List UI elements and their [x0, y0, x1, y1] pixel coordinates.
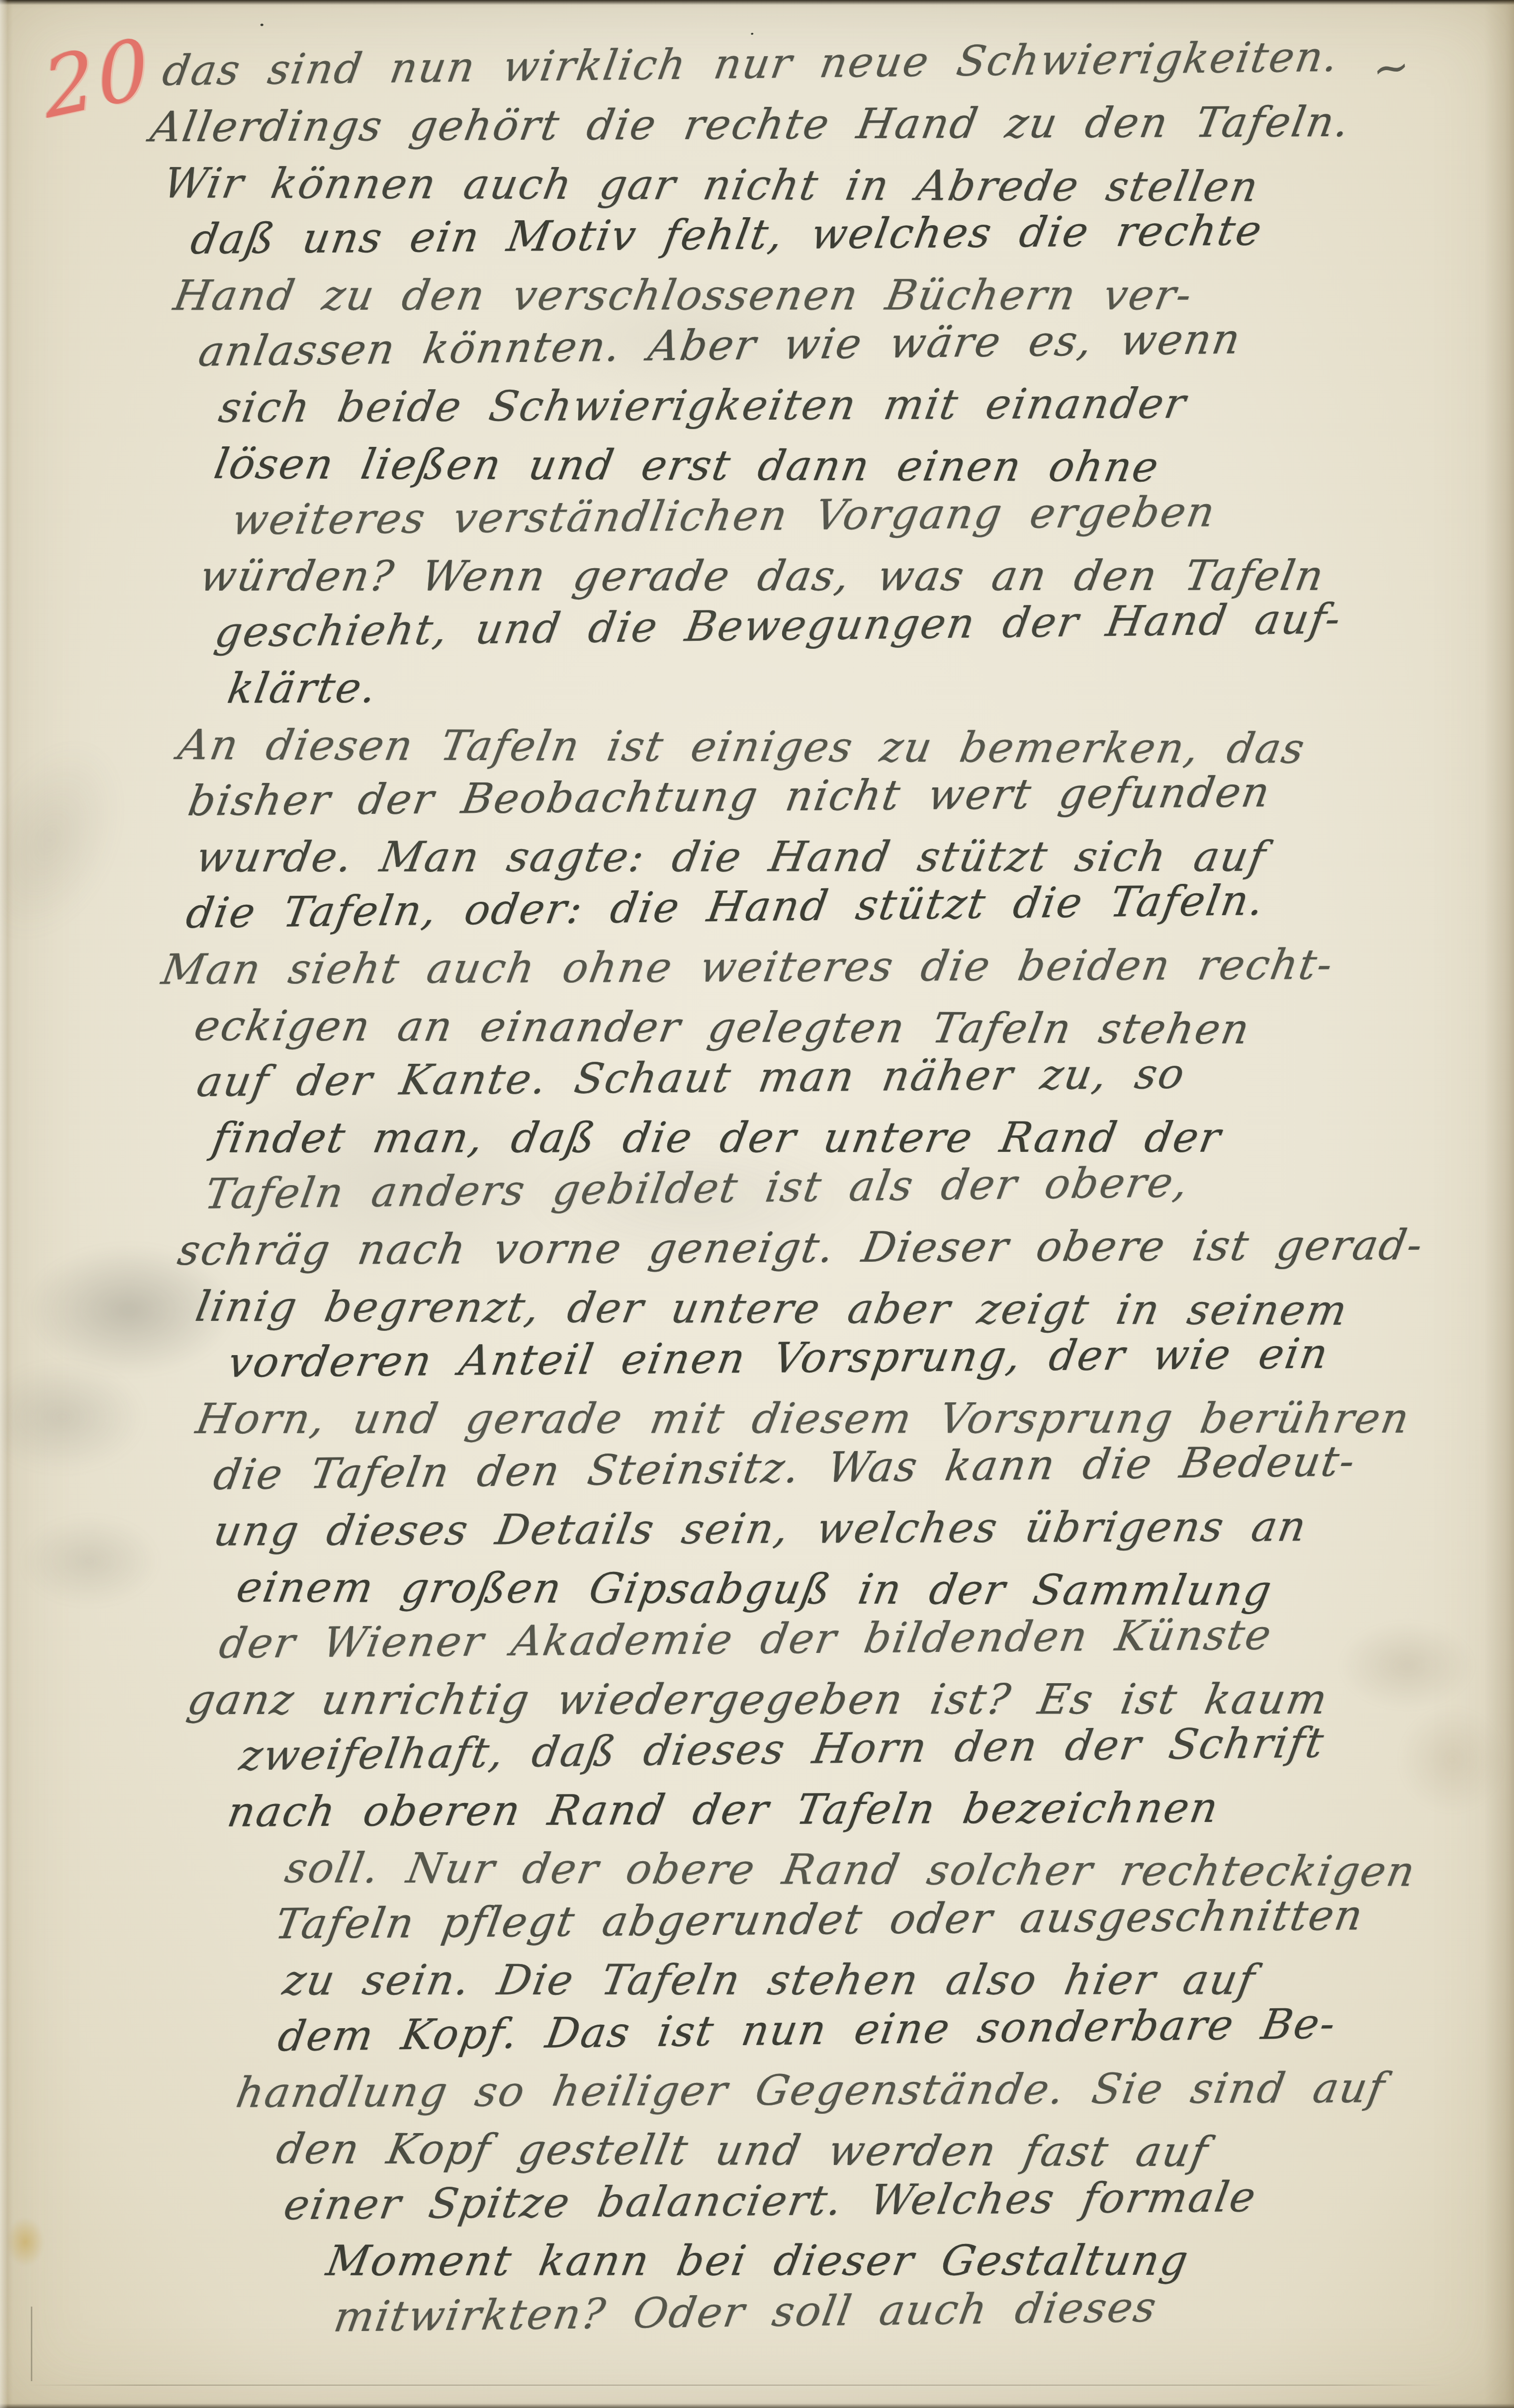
manuscript-line: den Kopf gestellt und werden fast auf — [272, 2119, 1514, 2180]
manuscript-line-text: mitwirkten? Oder soll auch dieses — [331, 2283, 1161, 2341]
manuscript-page: 20 das sind nun wirklich nur neue Schwie… — [0, 0, 1514, 2408]
manuscript-line: Tafeln pflegt abgerundet oder ausgeschni… — [271, 1894, 1514, 1956]
manuscript-line: schräg nach vorne geneigt. Dieser obere … — [174, 1220, 1514, 1282]
manuscript-line: Hand zu den verschlossenen Büchern ver- — [170, 265, 1510, 327]
manuscript-line: einer Spitze balanciert. Welches formale — [280, 2175, 1514, 2236]
manuscript-line-text: findet man, daß die der untere Rand der — [209, 1113, 1226, 1162]
manuscript-line: Moment kann bei dieser Gestaltung — [323, 2231, 1514, 2292]
page-top-edge — [0, 0, 1514, 5]
manuscript-line-text: daß uns ein Motiv fehlt, welches die rec… — [187, 206, 1266, 263]
page-bottom-edge — [0, 2404, 1514, 2408]
bottom-scan-line — [27, 2385, 1444, 2386]
manuscript-line: daß uns ein Motiv fehlt, welches die rec… — [187, 209, 1510, 271]
ink-speck: . — [747, 20, 762, 40]
manuscript-line: das sind nun wirklich nur neue Schwierig… — [159, 40, 1509, 102]
manuscript-line: lösen ließen und erst dann einen ohne — [210, 433, 1511, 495]
manuscript-line: einem großen Gipsabguß in der Sammlung — [233, 1557, 1514, 1619]
manuscript-line: eckigen an einander gelegten Tafeln steh… — [190, 995, 1513, 1057]
manuscript-line: die Tafeln, oder: die Hand stützt die Ta… — [182, 883, 1513, 945]
manuscript-line-text: das sind nun wirklich nur neue Schwierig… — [159, 32, 1343, 95]
manuscript-line-text: einem großen Gipsabguß in der Sammlung — [233, 1563, 1277, 1615]
page-right-edge — [1484, 0, 1514, 2408]
manuscript-line-text: würden? Wenn gerade das, was an den Tafe… — [196, 551, 1329, 601]
manuscript-line-text: weiteres verständlichen Vorgang ergeben — [228, 487, 1220, 544]
manuscript-line-text: eckigen an einander gelegten Tafeln steh… — [191, 1001, 1254, 1053]
manuscript-line-text: Allerdings gehört die rechte Hand zu den… — [147, 97, 1354, 152]
manuscript-line-text: auf der Kante. Schaut man näher zu, so — [193, 1049, 1189, 1106]
manuscript-line: Wir können auch gar nicht in Abrede stel… — [160, 153, 1510, 215]
manuscript-line: geschieht, und die Bewegungen der Hand a… — [211, 602, 1512, 664]
manuscript-line: sich beide Schwierigkeiten mit einander — [215, 377, 1511, 439]
manuscript-line-text: handlung so heiliger Gegenstände. Sie si… — [233, 2063, 1390, 2117]
manuscript-line: vorderen Anteil einen Vorsprung, der wie… — [224, 1332, 1514, 1394]
manuscript-line-text: Horn, und gerade mit diesem Vorsprung be… — [192, 1394, 1414, 1443]
manuscript-line-text: zu sein. Die Tafeln stehen also hier auf — [279, 1955, 1259, 2004]
manuscript-line-text: ganz unrichtig wiedergegeben ist? Es ist… — [184, 1675, 1333, 1724]
manuscript-line-text: linig begrenzt, der untere aber zeigt in… — [192, 1282, 1352, 1335]
manuscript-line: mitwirkten? Oder soll auch dieses — [331, 2287, 1514, 2348]
manuscript-line: findet man, daß die der untere Rand der — [208, 1108, 1514, 1169]
manuscript-line: ung dieses Details sein, welches übrigen… — [210, 1501, 1514, 1562]
manuscript-line: zweifelhaft, daß dieses Horn den der Sch… — [236, 1725, 1514, 1787]
manuscript-line-text: wurde. Man sagte: die Hand stützt sich a… — [192, 832, 1270, 881]
manuscript-line: bisher der Beobachtung nicht wert gefund… — [184, 771, 1512, 833]
manuscript-line: dem Kopf. Das ist nun eine sonderbare Be… — [274, 2006, 1514, 2068]
manuscript-line: Tafeln anders gebildet ist als der obere… — [201, 1164, 1514, 1226]
manuscript-line-text: lösen ließen und erst dann einen ohne — [211, 439, 1163, 491]
ink-flourish: ~ — [1369, 39, 1413, 96]
manuscript-line: weiteres verständlichen Vorgang ergeben — [228, 490, 1511, 551]
manuscript-line-text: Tafeln pflegt abgerundet oder ausgeschni… — [272, 1891, 1368, 1948]
manuscript-line-text: Wir können auch gar nicht in Abrede stel… — [160, 159, 1263, 211]
manuscript-line-text: Hand zu den verschlossenen Büchern ver- — [170, 270, 1196, 320]
manuscript-line-text: einer Spitze balanciert. Welches formale — [280, 2172, 1260, 2229]
manuscript-line-text: schräg nach vorne geneigt. Dieser obere … — [175, 1220, 1427, 1275]
manuscript-line-text: der Wiener Akademie der bildenden Künste — [216, 1610, 1276, 1667]
manuscript-line: klärte. — [224, 658, 1512, 720]
manuscript-line: der Wiener Akademie der bildenden Künste — [216, 1613, 1514, 1675]
ink-speck: . — [256, 8, 276, 31]
manuscript-line: Man sieht auch ohne weiteres die beiden … — [158, 939, 1513, 1001]
manuscript-line-text: soll. Nur der obere Rand solcher rechtec… — [281, 1843, 1420, 1895]
manuscript-line-text: klärte. — [224, 663, 381, 712]
manuscript-line-text: den Kopf gestellt und werden fast auf — [273, 2124, 1213, 2176]
manuscript-line-text: vorderen Anteil einen Vorsprung, der wie… — [225, 1329, 1333, 1386]
manuscript-text: das sind nun wirklich nur neue Schwierig… — [0, 40, 1514, 2350]
manuscript-line: nach oberen Rand der Tafeln bezeichnen — [224, 1782, 1514, 1843]
manuscript-line-text: ung dieses Details sein, welches übrigen… — [210, 1502, 1311, 1555]
manuscript-line-text: An diesen Tafeln ist einiges zu bemerken… — [175, 720, 1309, 773]
manuscript-line-text: nach oberen Rand der Tafeln bezeichnen — [224, 1783, 1223, 1836]
manuscript-line: handlung so heiliger Gegenstände. Sie si… — [233, 2063, 1514, 2124]
manuscript-line: auf der Kante. Schaut man näher zu, so — [193, 1051, 1514, 1114]
manuscript-line-text: sich beide Schwierigkeiten mit einander — [215, 379, 1190, 432]
crease-mark — [31, 2307, 32, 2381]
manuscript-line: die Tafeln den Steinsitz. Was kann die B… — [210, 1445, 1514, 1506]
manuscript-line: wurde. Man sagte: die Hand stützt sich a… — [192, 827, 1513, 889]
page-left-edge — [0, 0, 13, 2408]
manuscript-line: anlassen könnten. Aber wie wäre es, wenn — [195, 321, 1510, 383]
manuscript-line: An diesen Tafeln ist einiges zu bemerken… — [175, 714, 1512, 776]
manuscript-line-text: Man sieht auch ohne weiteres die beiden … — [158, 940, 1337, 994]
manuscript-line: Allerdings gehört die rechte Hand zu den… — [147, 96, 1509, 159]
manuscript-line: soll. Nur der obere Rand solcher rechtec… — [281, 1838, 1514, 1899]
manuscript-line-text: bisher der Beobachtung nicht wert gefund… — [185, 768, 1275, 825]
manuscript-line-text: Moment kann bei dieser Gestaltung — [323, 2236, 1193, 2285]
